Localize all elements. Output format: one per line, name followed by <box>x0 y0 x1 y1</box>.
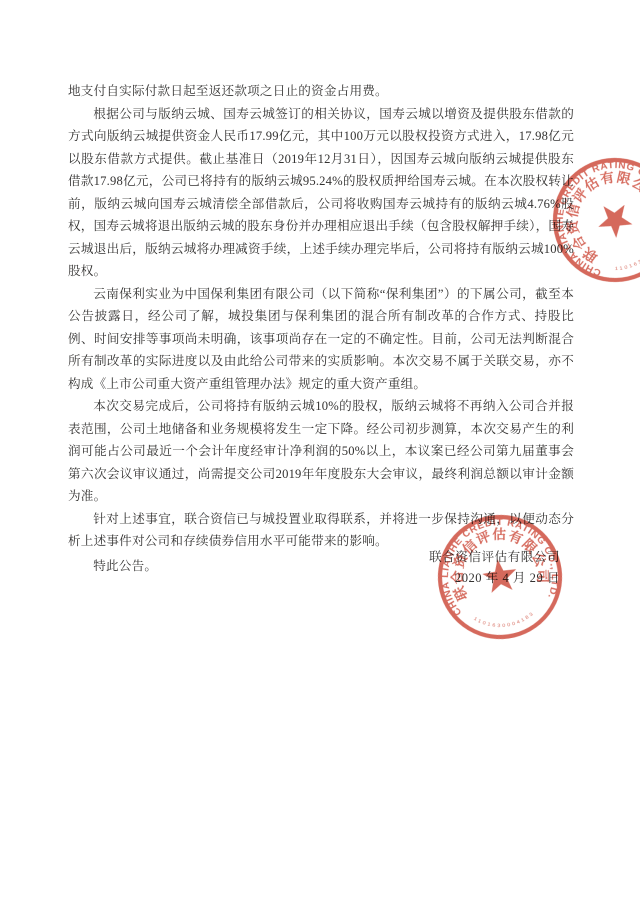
seal-serial-number: 1101630004183 <box>472 608 536 632</box>
signature-block: 联合资信评估有限公司 2020 年 4 月 29 日 <box>429 547 560 589</box>
document-body: 地支付自实际付款日起至返还款项之日止的资金占用费。 根据公司与版纳云城、国寿云城… <box>68 80 574 577</box>
paragraph: 云南保利实业为中国保利集团有限公司（以下简称“保利集团”）的下属公司，截至本公告… <box>68 283 574 396</box>
signature-company: 联合资信评估有限公司 <box>429 547 560 568</box>
svg-text:1101630004183: 1101630004183 <box>472 608 536 632</box>
star-icon <box>590 195 637 242</box>
svg-text:1101630004183: 1101630004183 <box>612 228 640 280</box>
signature-date: 2020 年 4 月 29 日 <box>429 568 560 589</box>
paragraph: 针对上述事宜，联合资信已与城投置业取得联系，并将进一步保持沟通，以便动态分析上述… <box>68 508 574 553</box>
seal-serial-number: 1101630004183 <box>612 228 640 280</box>
paragraph-continuation: 地支付自实际付款日起至返还款项之日止的资金占用费。 <box>68 80 574 103</box>
paragraph: 根据公司与版纳云城、国寿云城签订的相关协议，国寿云城以增资及提供股东借款的方式向… <box>68 103 574 283</box>
document-page: 地支付自实际付款日起至返还款项之日止的资金占用费。 根据公司与版纳云城、国寿云城… <box>0 0 640 913</box>
paragraph: 本次交易完成后，公司将持有版纳云城10%的股权，版纳云城将不再纳入公司合并报表范… <box>68 395 574 508</box>
